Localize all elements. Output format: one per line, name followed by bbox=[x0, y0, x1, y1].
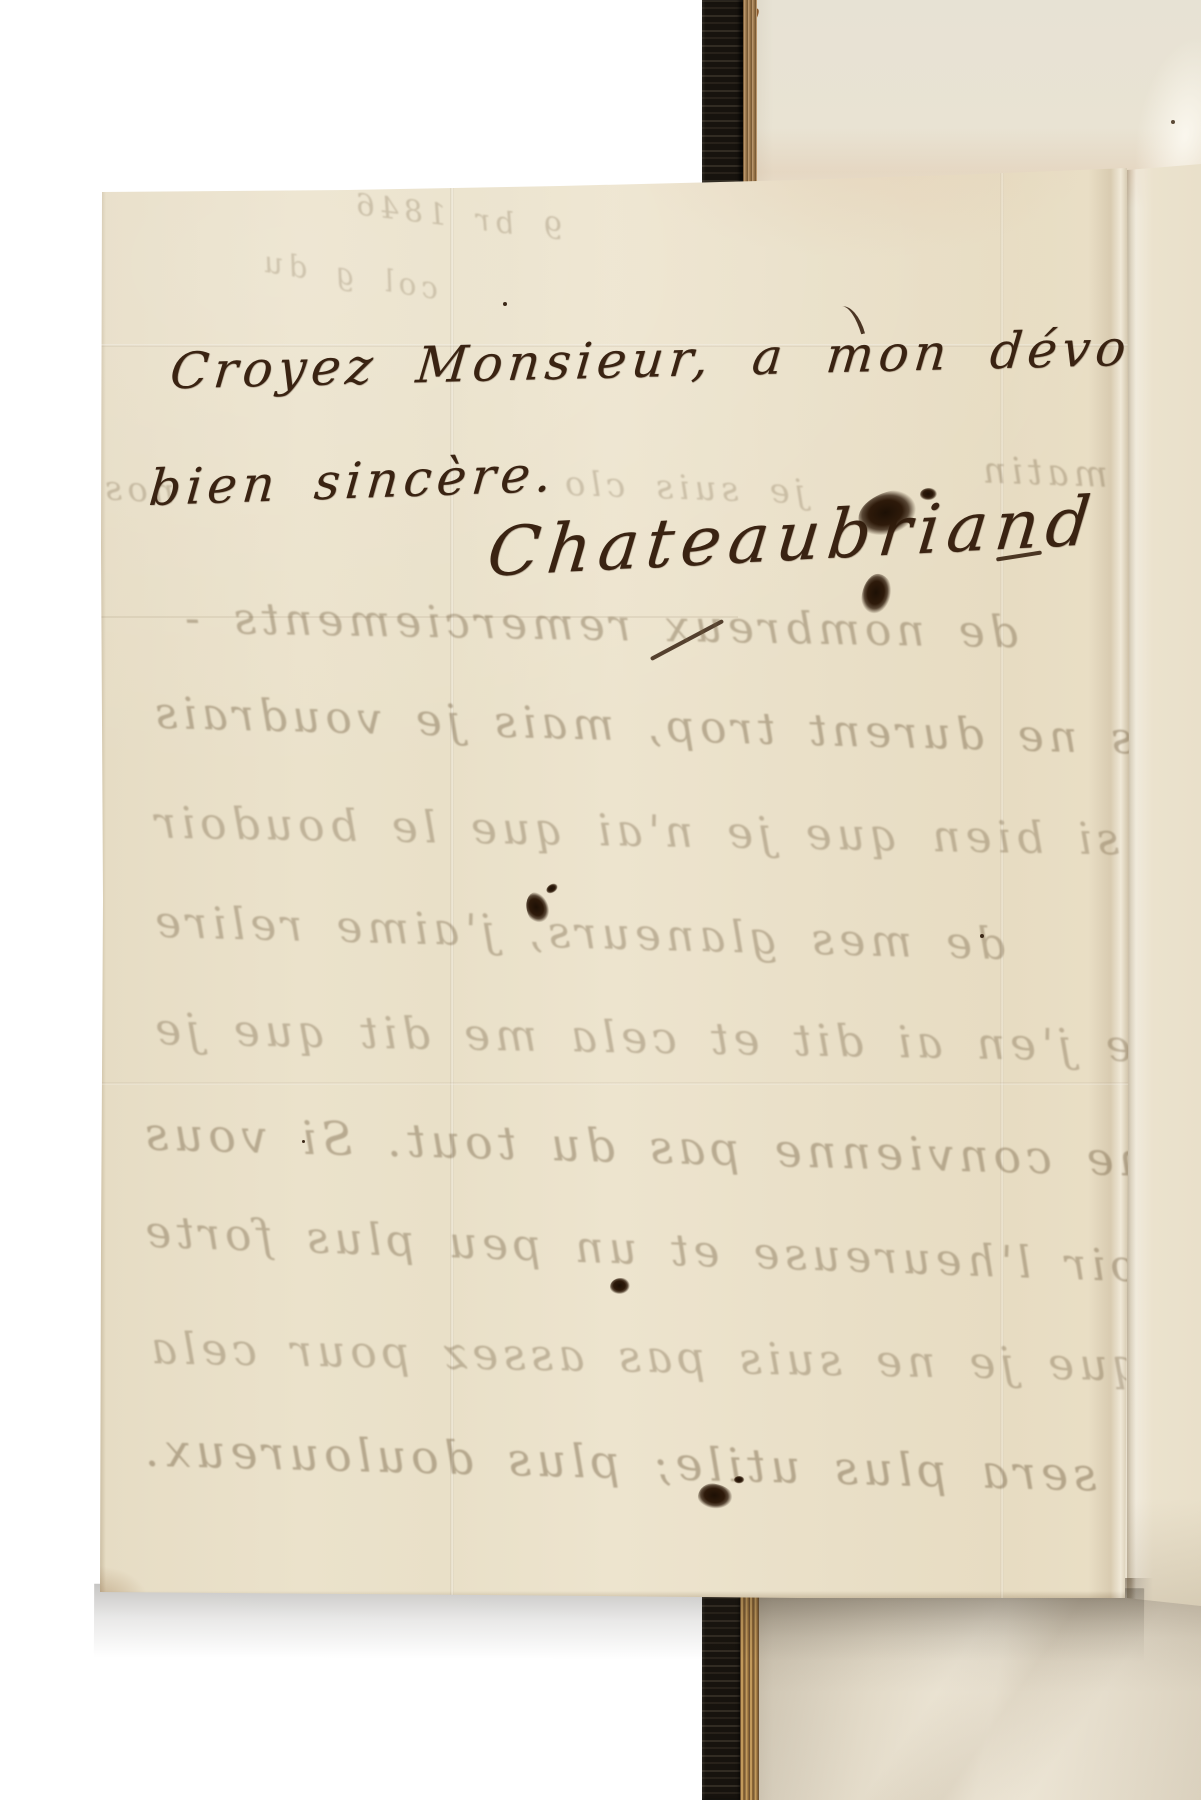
paper-speck bbox=[1171, 120, 1175, 124]
bleedthrough-line: que je ne suis pas assez pour cela bbox=[146, 1323, 1141, 1391]
bleedthrough-line: de nombreux remerciements - bbox=[180, 593, 1019, 659]
bleedthrough-line: d'avoir l'heureuse et un peu plus forte bbox=[139, 1207, 1201, 1297]
ink-blot bbox=[734, 1476, 745, 1484]
bleedthrough-fragment: 9 br 1846 bbox=[349, 187, 565, 248]
closing-line-2: bien sincère. bbox=[147, 445, 559, 517]
browned-corner bbox=[98, 1524, 193, 1602]
closing-line-1: Croyez Monsieur, a mon dévouement bbox=[168, 314, 1201, 401]
bleedthrough-line: qui ne sera plus utile; plus douloureux. bbox=[139, 1423, 1201, 1508]
ink-blot bbox=[920, 488, 938, 501]
bleedthrough-line: elles ne durent trop, mais je voudrais bbox=[150, 688, 1201, 767]
horizontal-crease bbox=[98, 1082, 1129, 1085]
bleedthrough-line: de mes glaneurs, j'aime relire bbox=[149, 897, 1005, 970]
photo-of-letter-on-book: 9 br 1846 col g du je suis clo du matin … bbox=[0, 0, 1201, 1800]
bleedthrough-fragment: col g du bbox=[256, 244, 441, 307]
ink-blot bbox=[545, 881, 561, 895]
bleedthrough-line: si bien que je n'ai que le boudoir bbox=[150, 798, 1120, 866]
bleedthrough-line: le que j'en ai dit et cela me dit que je bbox=[150, 1004, 1201, 1075]
ink-blot bbox=[610, 1278, 631, 1295]
page-edges-top bbox=[743, 0, 757, 196]
bleedthrough-line: me convienne pas du tout. Si vous bbox=[139, 1107, 1163, 1188]
ink-speck bbox=[503, 302, 507, 306]
ink-speck bbox=[302, 1140, 305, 1143]
ink-speck bbox=[980, 934, 984, 938]
letter-sheet: 9 br 1846 col g du je suis clo du matin … bbox=[98, 146, 1129, 1602]
letter-folded-flap bbox=[1127, 164, 1201, 1614]
